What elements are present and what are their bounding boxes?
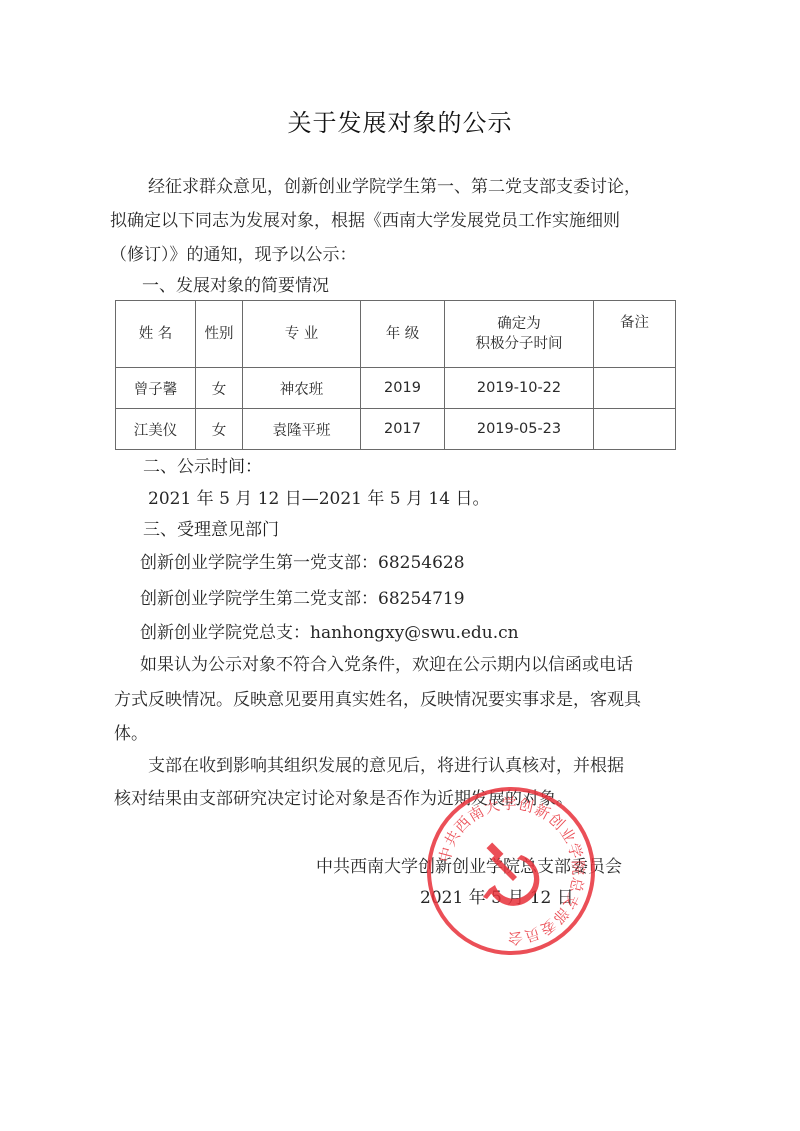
cell-grade: 2019 <box>361 368 445 409</box>
header-activist-date-line-1: 确定为 <box>445 314 593 334</box>
cell-gender: 女 <box>196 409 243 450</box>
cell-major: 神农班 <box>243 368 361 409</box>
cell-grade: 2017 <box>361 409 445 450</box>
header-activist-date: 确定为 积极分子时间 <box>445 301 594 368</box>
contact-branch-1: 创新创业学院学生第一党支部：68254628 <box>140 548 465 573</box>
header-gender: 性别 <box>196 301 243 368</box>
table-row: 曾子馨 女 神农班 2019 2019-10-22 <box>116 368 676 409</box>
feedback-line-3: 体。 <box>114 719 148 744</box>
header-major: 专 业 <box>243 301 361 368</box>
svg-text:中共西南大学创新创业学院总支部委员会: 中共西南大学创新创业学院总支部委员会 <box>435 795 587 948</box>
cell-activist-date: 2019-10-22 <box>445 368 594 409</box>
section-1-heading: 一、发展对象的简要情况 <box>142 271 329 296</box>
header-grade: 年 级 <box>361 301 445 368</box>
candidates-table: 姓 名 性别 专 业 年 级 确定为 积极分子时间 备注 曾子馨 女 神农班 2… <box>115 300 676 450</box>
cell-gender: 女 <box>196 368 243 409</box>
contact-general-branch: 创新创业学院党总支：hanhongxy@swu.edu.cn <box>140 618 519 643</box>
section-3-heading: 三、受理意见部门 <box>143 515 279 540</box>
feedback-line-1: 如果认为公示对象不符合入党条件，欢迎在公示期内以信函或电话 <box>140 650 633 675</box>
header-note: 备注 <box>594 301 676 368</box>
verification-line-1: 支部在收到影响其组织发展的意见后，将进行认真核对，并根据 <box>148 751 624 776</box>
publicity-period: 2021 年 5 月 12 日—2021 年 5 月 14 日。 <box>148 484 489 509</box>
official-seal-icon: 中共西南大学创新创业学院总支部委员会 <box>425 785 597 957</box>
intro-line-2: 拟确定以下同志为发展对象，根据《西南大学发展党员工作实施细则 <box>110 206 620 231</box>
contact-branch-2: 创新创业学院学生第二党支部：68254719 <box>140 584 465 609</box>
section-2-heading: 二、公示时间： <box>143 452 262 477</box>
cell-activist-date: 2019-05-23 <box>445 409 594 450</box>
cell-note <box>594 368 676 409</box>
feedback-line-2: 方式反映情况。反映意见要用真实姓名，反映情况要实事求是，客观具 <box>114 685 641 710</box>
cell-note <box>594 409 676 450</box>
header-name: 姓 名 <box>116 301 196 368</box>
table-row: 江美仪 女 袁隆平班 2017 2019-05-23 <box>116 409 676 450</box>
header-activist-date-line-2: 积极分子时间 <box>445 334 593 354</box>
table-header-row: 姓 名 性别 专 业 年 级 确定为 积极分子时间 备注 <box>116 301 676 368</box>
cell-name: 曾子馨 <box>116 368 196 409</box>
intro-line-1: 经征求群众意见，创新创业学院学生第一、第二党支部支委讨论， <box>148 172 641 197</box>
document-title: 关于发展对象的公示 <box>0 103 800 138</box>
cell-name: 江美仪 <box>116 409 196 450</box>
intro-line-3: （修订）》的通知，现予以公示： <box>110 240 357 265</box>
cell-major: 袁隆平班 <box>243 409 361 450</box>
